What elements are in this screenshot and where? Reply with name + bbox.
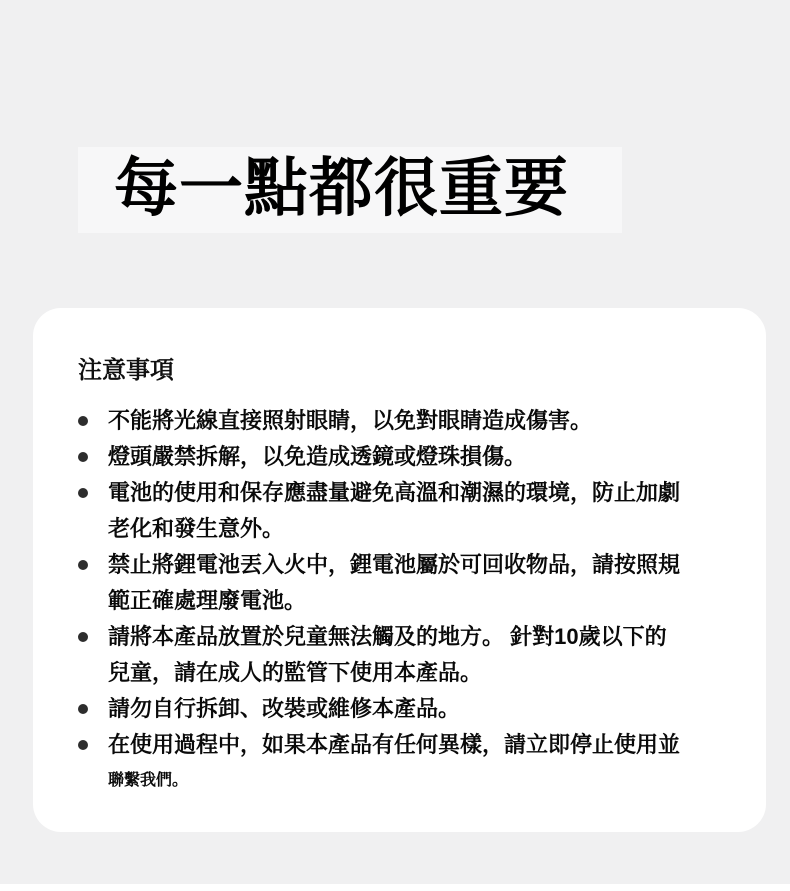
bullet-icon xyxy=(78,560,88,570)
bullet-icon xyxy=(78,704,88,714)
list-item-text: 範正確處理廢電池。 xyxy=(108,583,766,619)
list-item: 請將本產品放置於兒童無法觸及的地方。 針對10歲以下的 兒童，請在成人的監管下使… xyxy=(33,619,766,691)
bullet-icon xyxy=(78,740,88,750)
list-item-text: 在使用過程中，如果本產品有任何異樣，請立即停止使用並 xyxy=(108,727,766,763)
page-title: 每一點都很重要 xyxy=(114,150,569,226)
notice-list: 不能將光線直接照射眼睛，以免對眼睛造成傷害。 燈頭嚴禁拆解，以免造成透鏡或燈珠損… xyxy=(33,403,766,798)
list-item-text: 電池的使用和保存應盡量避免高溫和潮濕的環境，防止加劇 xyxy=(108,475,766,511)
notice-heading: 注意事項 xyxy=(78,354,174,388)
list-item-text: 禁止將鋰電池丟入火中，鋰電池屬於可回收物品，請按照規 xyxy=(108,547,766,583)
bullet-icon xyxy=(78,416,88,426)
notice-card: 注意事項 不能將光線直接照射眼睛，以免對眼睛造成傷害。 燈頭嚴禁拆解，以免造成透… xyxy=(33,308,766,832)
list-item: 不能將光線直接照射眼睛，以免對眼睛造成傷害。 xyxy=(33,403,766,439)
list-item-text: 請將本產品放置於兒童無法觸及的地方。 針對10歲以下的 xyxy=(108,619,766,655)
list-item-text: 老化和發生意外。 xyxy=(108,511,766,547)
list-item: 禁止將鋰電池丟入火中，鋰電池屬於可回收物品，請按照規 範正確處理廢電池。 xyxy=(33,547,766,619)
list-item: 燈頭嚴禁拆解，以免造成透鏡或燈珠損傷。 xyxy=(33,439,766,475)
bullet-icon xyxy=(78,632,88,642)
list-item: 電池的使用和保存應盡量避免高溫和潮濕的環境，防止加劇 老化和發生意外。 xyxy=(33,475,766,547)
bullet-icon xyxy=(78,452,88,462)
list-item: 請勿自行拆卸、改裝或維修本產品。 xyxy=(33,691,766,727)
list-item-text-small: 聯繫我們。 xyxy=(108,763,766,798)
next-section-edge xyxy=(0,884,790,891)
list-item: 在使用過程中，如果本產品有任何異樣，請立即停止使用並 聯繫我們。 xyxy=(33,727,766,798)
bullet-icon xyxy=(78,488,88,498)
list-item-text: 燈頭嚴禁拆解，以免造成透鏡或燈珠損傷。 xyxy=(108,439,766,475)
list-item-text: 請勿自行拆卸、改裝或維修本產品。 xyxy=(108,691,766,727)
list-item-text: 兒童，請在成人的監管下使用本產品。 xyxy=(108,655,766,691)
list-item-text: 不能將光線直接照射眼睛，以免對眼睛造成傷害。 xyxy=(108,403,766,439)
